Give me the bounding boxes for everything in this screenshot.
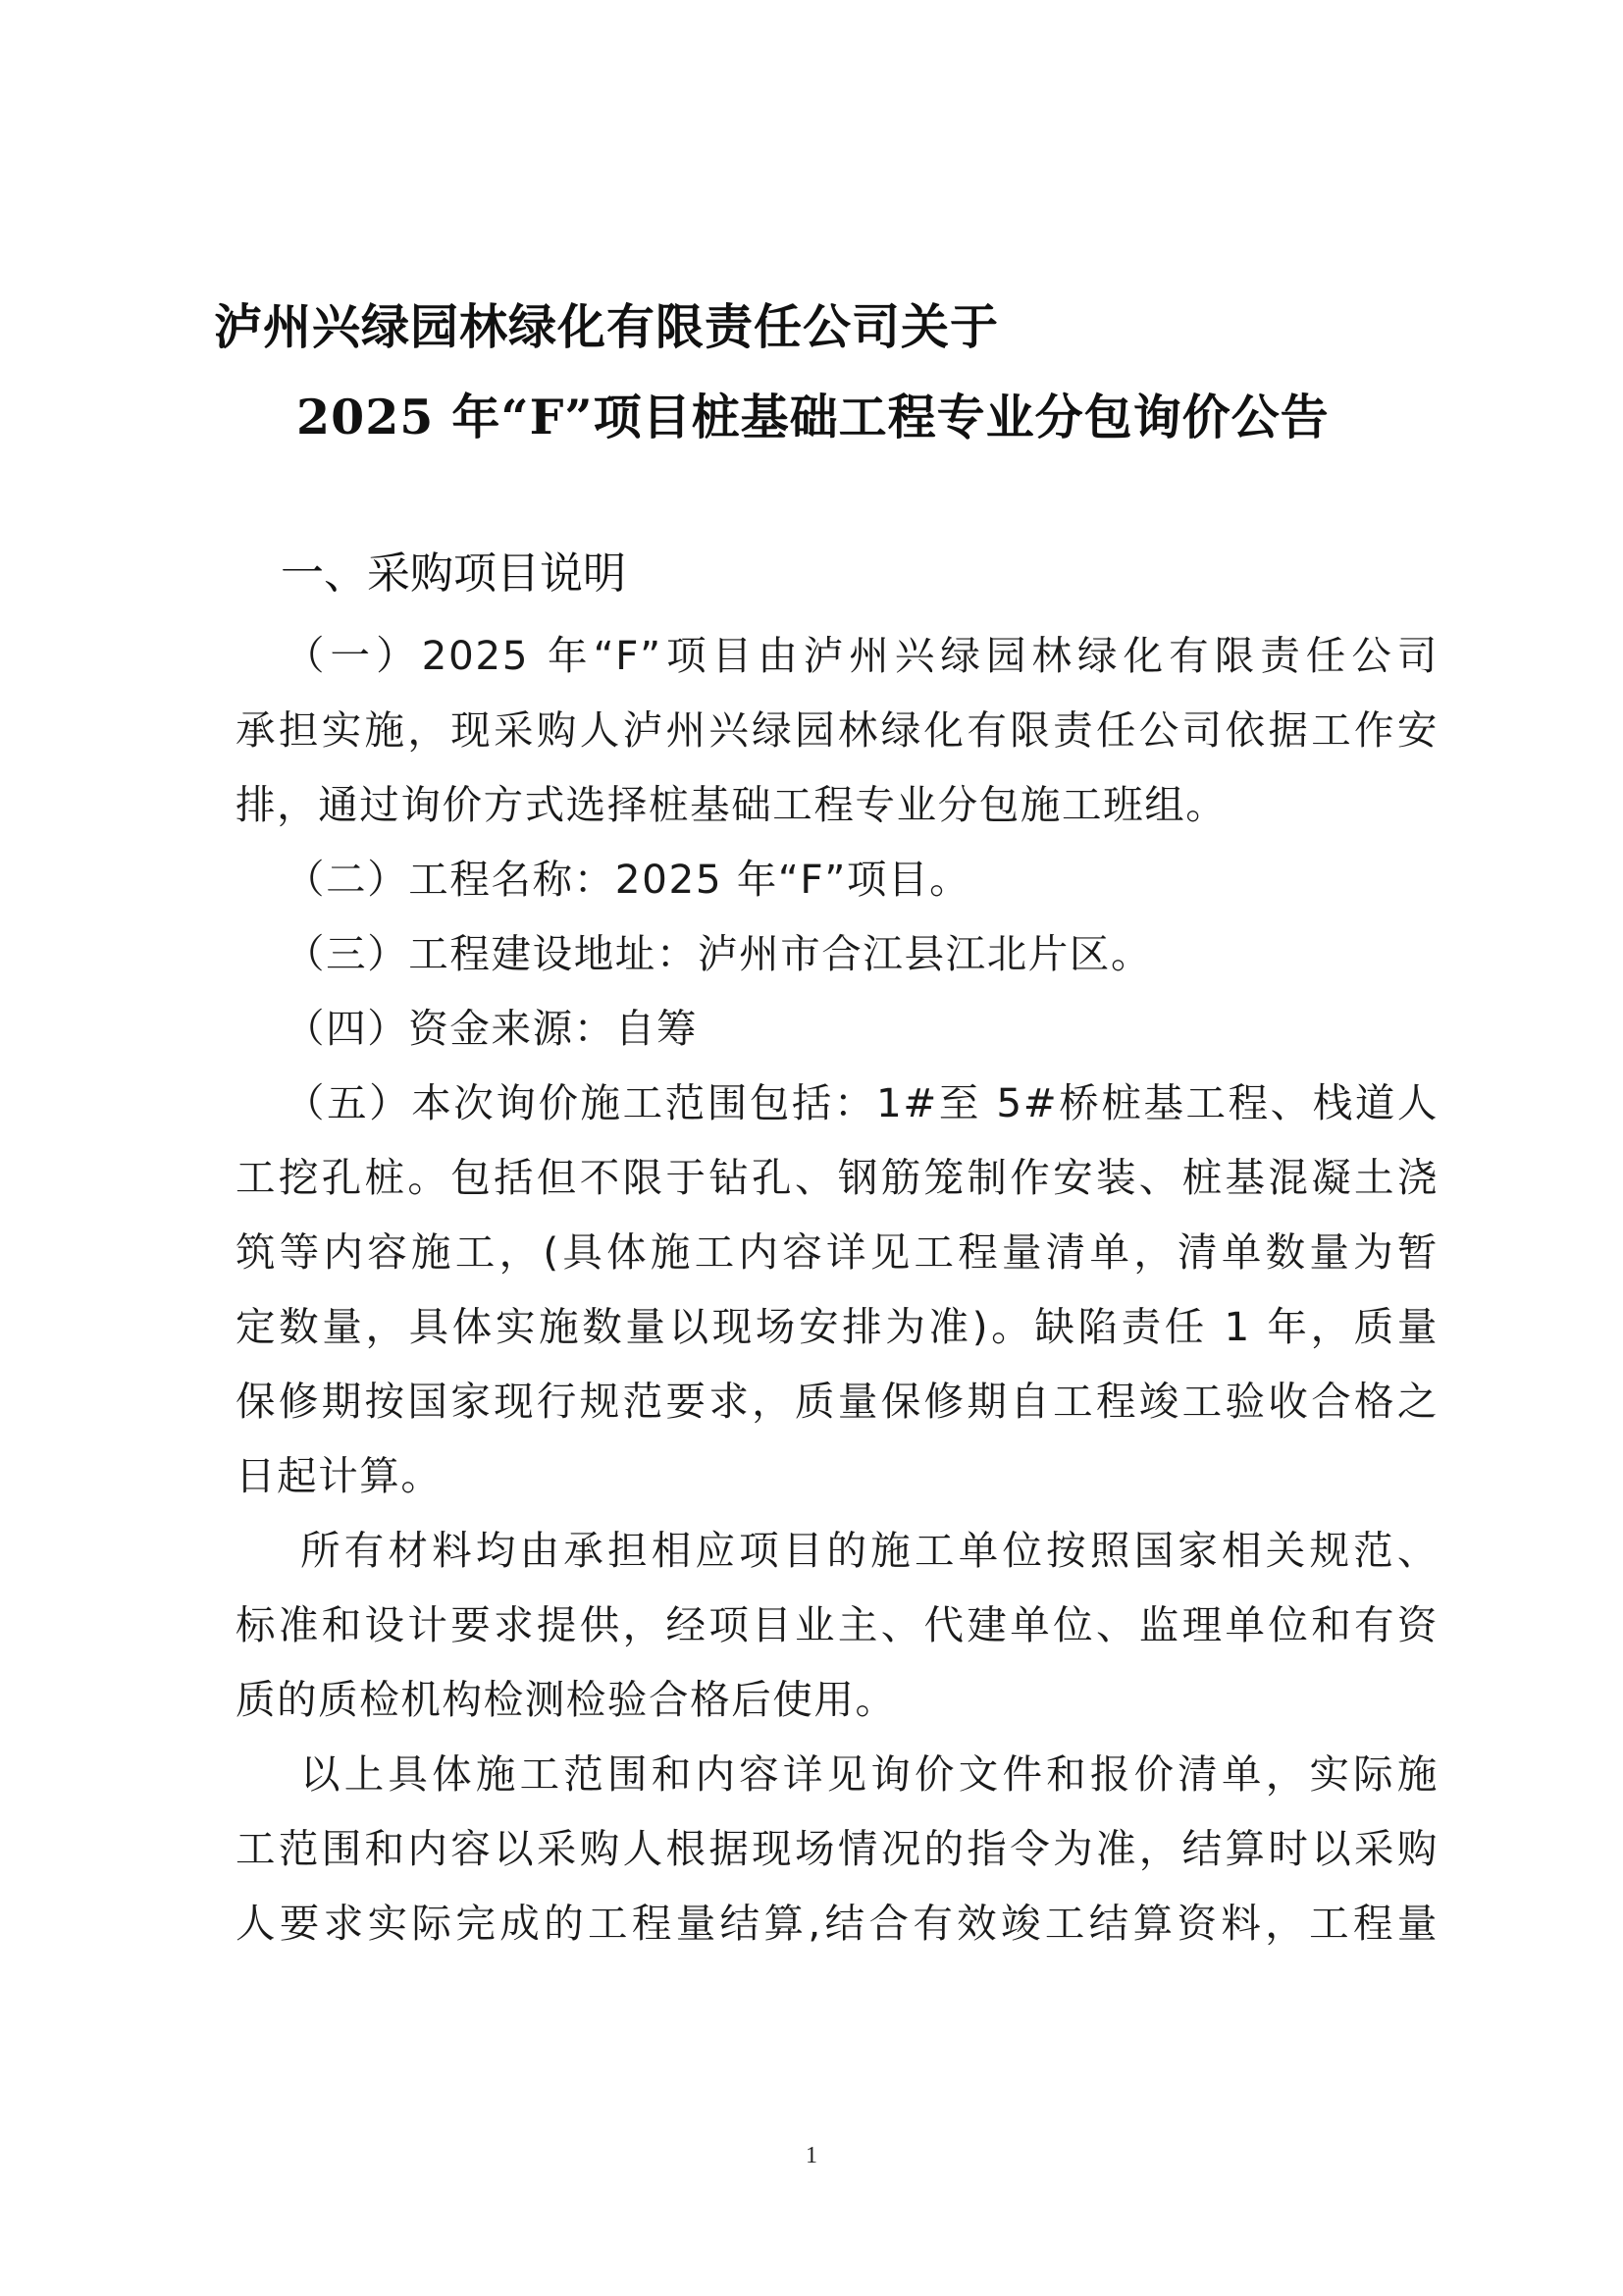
text-line: 标准和设计要求提供，经项目业主、代建单位、监理单位和有资 (236, 1588, 1439, 1662)
text-line: （二）工程名称：2025 年“F”项目。 (236, 842, 1439, 916)
paragraph-item-4-funding-source: （四）资金来源：自筹 (236, 991, 1439, 1066)
title-line-2: 2025 年“F”项目桩基础工程专业分包询价公告 (296, 390, 1623, 444)
document-body: 一、采购项目说明 （一）2025 年“F”项目由泸州兴绿园林绿化有限责任公司 承… (236, 545, 1439, 1960)
text-line: 工范围和内容以采购人根据现场情况的指令为准，结算时以采购 (236, 1811, 1439, 1886)
text-line: 工挖孔桩。包括但不限于钻孔、钢筋笼制作安装、桩基混凝土浇 (236, 1140, 1439, 1215)
page-number: 1 (0, 2143, 1623, 2169)
paragraph-item-2-project-name: （二）工程名称：2025 年“F”项目。 (236, 842, 1439, 916)
text-line: （五）本次询价施工范围包括：1#至 5#桥桩基工程、栈道人 (236, 1066, 1439, 1140)
text-line: 日起计算。 (236, 1438, 1439, 1513)
text-line: 质的质检机构检测检验合格后使用。 (236, 1662, 1439, 1737)
text-line: （一）2025 年“F”项目由泸州兴绿园林绿化有限责任公司 (236, 618, 1439, 693)
text-line: 承担实施，现采购人泸州兴绿园林绿化有限责任公司依据工作安 (236, 693, 1439, 767)
text-line: 以上具体施工范围和内容详见询价文件和报价清单，实际施 (236, 1737, 1439, 1811)
paragraph-item-1: （一）2025 年“F”项目由泸州兴绿园林绿化有限责任公司 承担实施，现采购人泸… (236, 618, 1439, 842)
document-title: 泸州兴绿园林绿化有限责任公司关于 2025 年“F”项目桩基础工程专业分包询价公… (0, 299, 1623, 444)
text-line: 排，通过询价方式选择桩基础工程专业分包施工班组。 (236, 767, 1439, 842)
document-page: 泸州兴绿园林绿化有限责任公司关于 2025 年“F”项目桩基础工程专业分包询价公… (0, 0, 1623, 2296)
text-line: （四）资金来源：自筹 (236, 991, 1439, 1066)
text-line: 所有材料均由承担相应项目的施工单位按照国家相关规范、 (236, 1513, 1439, 1588)
paragraph-materials: 所有材料均由承担相应项目的施工单位按照国家相关规范、 标准和设计要求提供，经项目… (236, 1513, 1439, 1737)
section-heading-procurement-description: 一、采购项目说明 (236, 545, 1439, 603)
text-line: 保修期按国家现行规范要求，质量保修期自工程竣工验收合格之 (236, 1364, 1439, 1438)
paragraph-item-3-project-address: （三）工程建设地址：泸州市合江县江北片区。 (236, 916, 1439, 991)
text-line: 定数量，具体实施数量以现场安排为准)。缺陷责任 1 年，质量 (236, 1289, 1439, 1364)
paragraph-item-5-scope: （五）本次询价施工范围包括：1#至 5#桥桩基工程、栈道人 工挖孔桩。包括但不限… (236, 1066, 1439, 1513)
paragraph-settlement: 以上具体施工范围和内容详见询价文件和报价清单，实际施 工范围和内容以采购人根据现… (236, 1737, 1439, 1960)
text-line: 筑等内容施工，(具体施工内容详见工程量清单，清单数量为暂 (236, 1215, 1439, 1289)
text-line: （三）工程建设地址：泸州市合江县江北片区。 (236, 916, 1439, 991)
text-line: 人要求实际完成的工程量结算,结合有效竣工结算资料，工程量 (236, 1886, 1439, 1960)
title-line-1: 泸州兴绿园林绿化有限责任公司关于 (214, 299, 1623, 354)
